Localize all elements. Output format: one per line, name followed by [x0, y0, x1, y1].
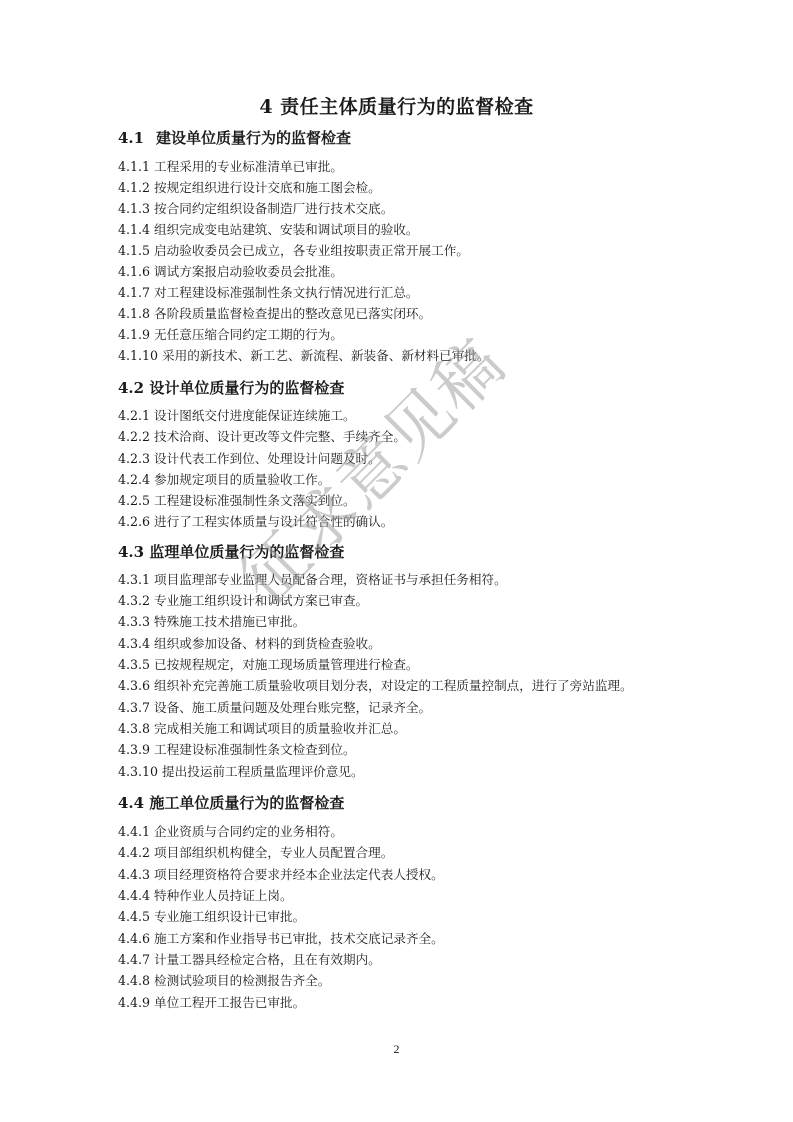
list-item: 4.4.2 项目部组织机构健全，专业人员配置合理。 [118, 845, 393, 861]
section-heading-4-4: 4.4 施工单位质量行为的监督检查 [118, 792, 344, 813]
list-item: 4.3.5 已按规程规定，对施工现场质量管理进行检查。 [118, 657, 419, 673]
list-item: 4.2.1 设计图纸交付进度能保证连续施工。 [118, 408, 356, 424]
list-item: 4.4.7 计量工器具经检定合格，且在有效期内。 [118, 952, 381, 968]
list-item: 4.1.7 对工程建设标准强制性条文执行情况进行汇总。 [118, 285, 419, 301]
list-item: 4.3.2 专业施工组织设计和调试方案已审查。 [118, 593, 368, 609]
list-item: 4.4.3 项目经理资格符合要求并经本企业法定代表人授权。 [118, 867, 444, 883]
list-item: 4.1.1 工程采用的专业标准清单已审批。 [118, 159, 343, 175]
list-item: 4.2.5 工程建设标准强制性条文落实到位。 [118, 493, 356, 509]
section-heading-text: 监理单位质量行为的监督检查 [149, 543, 344, 561]
section-heading-4-1: 4.1建设单位质量行为的监督检查 [118, 127, 351, 148]
section-number: 4.2 [118, 379, 144, 397]
list-item: 4.4.8 检测试验项目的检测报告齐全。 [118, 973, 330, 989]
list-item: 4.3.3 特殊施工技术措施已审批。 [118, 614, 305, 630]
list-item: 4.2.2 技术洽商、设计更改等文件完整、手续齐全。 [118, 429, 406, 445]
list-item: 4.2.6 进行了工程实体质量与设计符合性的确认。 [118, 514, 393, 530]
list-item: 4.1.4 组织完成变电站建筑、安装和调试项目的验收。 [118, 222, 419, 238]
list-item: 4.4.6 施工方案和作业指导书已审批，技术交底记录齐全。 [118, 931, 444, 947]
list-item: 4.1.10 采用的新技术、新工艺、新流程、新装备、新材料已审批。 [118, 348, 490, 364]
list-item: 4.3.10 提出投运前工程质量监理评价意见。 [118, 764, 364, 780]
list-item: 4.4.1 企业资质与合同约定的业务相符。 [118, 824, 343, 840]
section-number: 4.1 [118, 129, 156, 147]
list-item: 4.3.8 完成相关施工和调试项目的质量验收并汇总。 [118, 721, 406, 737]
list-item: 4.1.6 调试方案报启动验收委员会批准。 [118, 264, 343, 280]
chapter-title: 4 责任主体质量行为的监督检查 [0, 92, 793, 119]
list-item: 4.1.5 启动验收委员会已成立，各专业组按职责正常开展工作。 [118, 243, 469, 259]
page-number: 2 [0, 1042, 793, 1057]
list-item: 4.3.7 设备、施工质量问题及处理台账完整，记录齐全。 [118, 700, 431, 716]
list-item: 4.1.9 无任意压缩合同约定工期的行为。 [118, 327, 343, 343]
list-item: 4.4.5 专业施工组织设计已审批。 [118, 909, 305, 925]
list-item: 4.1.3 按合同约定组织设备制造厂进行技术交底。 [118, 201, 393, 217]
document-page: 4 责任主体质量行为的监督检查 4.1建设单位质量行为的监督检查 4.1.1 工… [0, 0, 793, 1122]
list-item: 4.3.4 组织或参加设备、材料的到货检查验收。 [118, 636, 381, 652]
list-item: 4.4.9 单位工程开工报告已审批。 [118, 995, 305, 1011]
section-heading-text: 施工单位质量行为的监督检查 [149, 794, 344, 812]
list-item: 4.2.3 设计代表工作到位、处理设计问题及时。 [118, 451, 381, 467]
list-item: 4.2.4 参加规定项目的质量验收工作。 [118, 472, 330, 488]
list-item: 4.1.2 按规定组织进行设计交底和施工图会检。 [118, 180, 381, 196]
section-heading-4-2: 4.2 设计单位质量行为的监督检查 [118, 377, 344, 398]
list-item: 4.3.6 组织补充完善施工质量验收项目划分表，对设定的工程质量控制点，进行了旁… [118, 678, 633, 694]
section-number: 4.3 [118, 543, 144, 561]
list-item: 4.3.1 项目监理部专业监理人员配备合理，资格证书与承担任务相符。 [118, 572, 507, 588]
section-heading-text: 建设单位质量行为的监督检查 [156, 129, 351, 147]
list-item: 4.4.4 特种作业人员持证上岗。 [118, 888, 293, 904]
section-number: 4.4 [118, 794, 144, 812]
list-item: 4.1.8 各阶段质量监督检查提出的整改意见已落实闭环。 [118, 306, 431, 322]
section-heading-4-3: 4.3 监理单位质量行为的监督检查 [118, 541, 344, 562]
section-heading-text: 设计单位质量行为的监督检查 [149, 379, 344, 397]
list-item: 4.3.9 工程建设标准强制性条文检查到位。 [118, 742, 356, 758]
